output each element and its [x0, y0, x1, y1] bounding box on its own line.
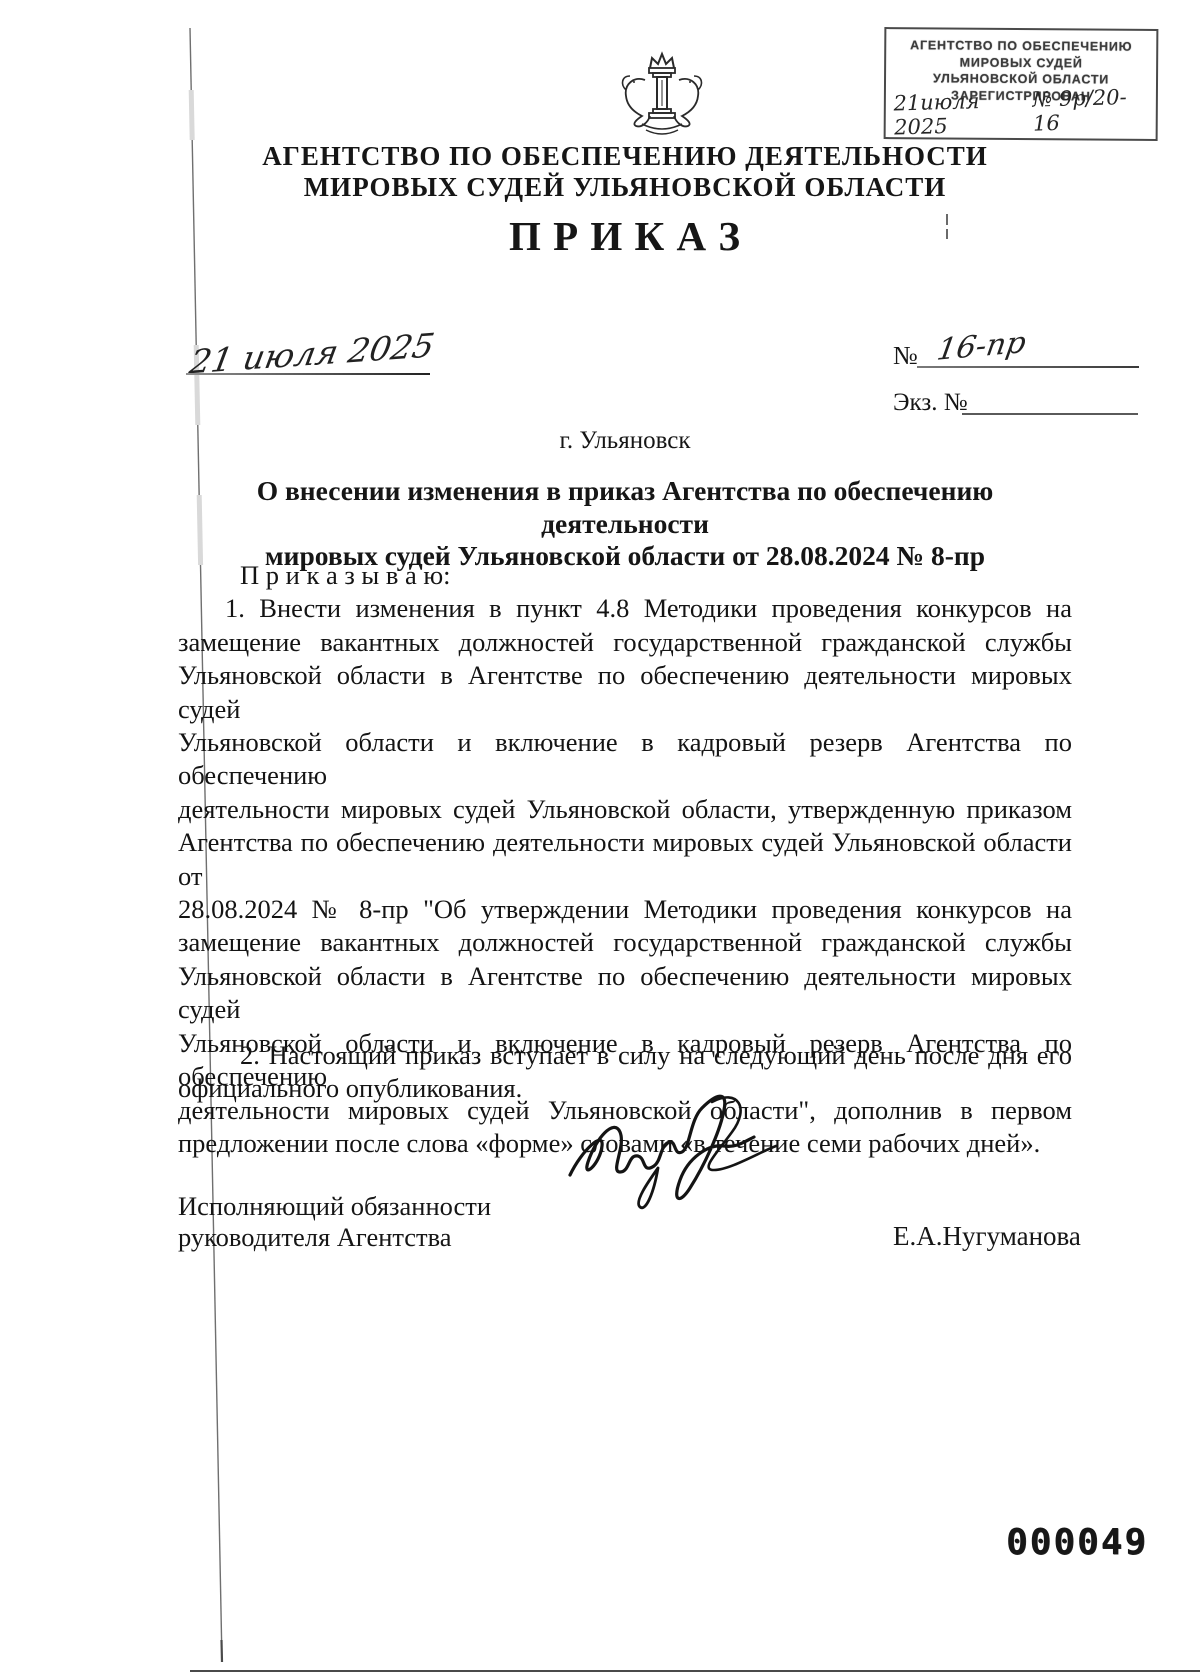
org-name-line2: МИРОВЫХ СУДЕЙ УЛЬЯНОВСКОЙ ОБЛАСТИ	[178, 172, 1072, 203]
coat-of-arms-icon	[612, 46, 712, 140]
place-line: г. Ульяновск	[178, 427, 1072, 455]
opening-phrase: П р и к а з ы в а ю:	[178, 559, 1072, 592]
signature-scribble	[562, 1080, 797, 1215]
para1-line: Ульяновской области в Агентстве по обесп…	[178, 960, 1072, 1027]
stamp-handwritten-number: № 9р/20-16	[1032, 84, 1148, 135]
signer-position-line2: руководителя Агентства	[178, 1222, 491, 1253]
signer-position: Исполняющий обязанности руководителя Аге…	[178, 1191, 491, 1252]
para1-line: Ульяновской области в Агентстве по обесп…	[178, 659, 1072, 726]
para1-line: замещение вакантных должностей государст…	[178, 926, 1072, 959]
para1-line: Ульяновской области и включение в кадров…	[178, 726, 1072, 793]
document-type-heading: П Р И К А З	[178, 212, 1072, 260]
org-name-line1: АГЕНТСТВО ПО ОБЕСПЕЧЕНИЮ ДЕЯТЕЛЬНОСТИ	[178, 141, 1072, 172]
number-underline	[917, 366, 1139, 368]
order-title: О внесении изменения в приказ Агентства …	[178, 475, 1072, 573]
scanned-order-page: АГЕНТСТВО ПО ОБЕСПЕЧЕНИЮ МИРОВЫХ СУДЕЙ У…	[0, 0, 1200, 1674]
stamp-org-line1: АГЕНТСТВО ПО ОБЕСПЕЧЕНИЮ	[886, 37, 1156, 55]
para1-line: 28.08.2024 № 8-пр "Об утверждении Методи…	[178, 893, 1072, 926]
stamp-handwritten-date: 21июля 2025	[893, 88, 1033, 140]
copy-number-underline	[962, 413, 1138, 415]
registration-stamp: АГЕНТСТВО ПО ОБЕСПЕЧЕНИЮ МИРОВЫХ СУДЕЙ У…	[884, 27, 1159, 141]
sheet-number-stamp: 000049	[1006, 1522, 1148, 1563]
para1-line: Агентства по обеспечению деятельности ми…	[178, 826, 1072, 893]
para1-line: 1. Внести изменения в пункт 4.8 Методики…	[178, 592, 1072, 625]
signer-position-line1: Исполняющий обязанности	[178, 1191, 491, 1222]
para2-line: 2. Настоящий приказ вступает в силу на с…	[178, 1039, 1072, 1072]
para1-line: замещение вакантных должностей государст…	[178, 626, 1072, 659]
number-label: №	[893, 341, 918, 371]
signer-name: Е.А.Нугуманова	[893, 1221, 1081, 1252]
stamp-handwritten-entry: 21июля 2025 № 9р/20-16	[893, 84, 1148, 139]
scan-bottom-edge	[190, 1670, 1200, 1672]
date-underline	[186, 373, 430, 375]
order-title-line1: О внесении изменения в приказ Агентства …	[178, 475, 1072, 540]
copy-number-label: Экз. №	[893, 389, 968, 417]
stamp-org-line2: МИРОВЫХ СУДЕЙ	[886, 54, 1156, 72]
para1-line: деятельности мировых судей Ульяновской о…	[178, 793, 1072, 826]
